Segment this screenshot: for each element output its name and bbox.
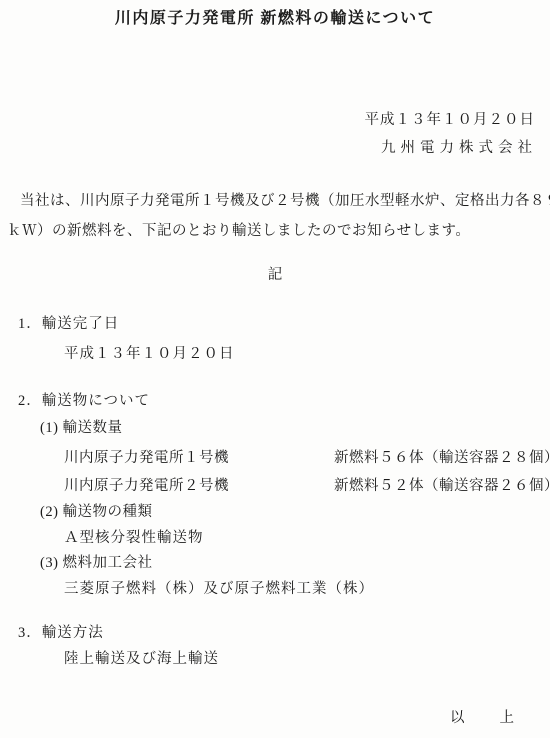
plant-unit2-name: 川内原子力発電所２号機 [64, 474, 229, 495]
intro-paragraph-line1: 当社は、川内原子力発電所１号機及び２号機（加圧水型軽水炉、定格出力各８９万 [20, 189, 550, 210]
plant-unit1-name: 川内原子力発電所１号機 [64, 446, 229, 467]
record-marker: 記 [0, 263, 550, 284]
closing-marker: 以 上 [450, 706, 516, 727]
plant-unit2-fuel-quantity: 新燃料５２体（輸送容器２６個） [334, 474, 550, 495]
section2-type-label: (2) 輸送物の種類 [40, 500, 153, 521]
section1-completion-date: 平成１３年１０月２０日 [64, 342, 235, 363]
document-title: 川内原子力発電所 新燃料の輸送について [0, 5, 550, 28]
section2-heading: 2．輸送物について [18, 389, 150, 410]
fuel-quantity-row: 川内原子力発電所２号機 新燃料５２体（輸送容器２６個） [64, 474, 550, 496]
fuel-quantity-row: 川内原子力発電所１号機 新燃料５６体（輸送容器２８個） [64, 446, 550, 468]
intro-paragraph-line2: ｋＷ）の新燃料を、下記のとおり輸送しましたのでお知らせします。 [7, 219, 470, 240]
section3-method: 陸上輸送及び海上輸送 [64, 647, 219, 668]
company-name: 九州電力株式会社 [381, 136, 537, 157]
issue-date: 平成１３年１０月２０日 [365, 108, 536, 129]
section1-heading: 1．輸送完了日 [18, 312, 119, 333]
section2-quantity-label: (1) 輸送数量 [40, 416, 123, 437]
plant-unit1-fuel-quantity: 新燃料５６体（輸送容器２８個） [334, 446, 550, 467]
document-page: 川内原子力発電所 新燃料の輸送について 平成１３年１０月２０日 九州電力株式会社… [0, 0, 550, 738]
section2-maker-label: (3) 燃料加工会社 [40, 551, 153, 572]
section2-maker-value: 三菱原子燃料（株）及び原子燃料工業（株） [64, 577, 374, 598]
section2-type-value: Ａ型核分裂性輸送物 [64, 526, 204, 547]
section3-heading: 3．輸送方法 [18, 621, 104, 642]
